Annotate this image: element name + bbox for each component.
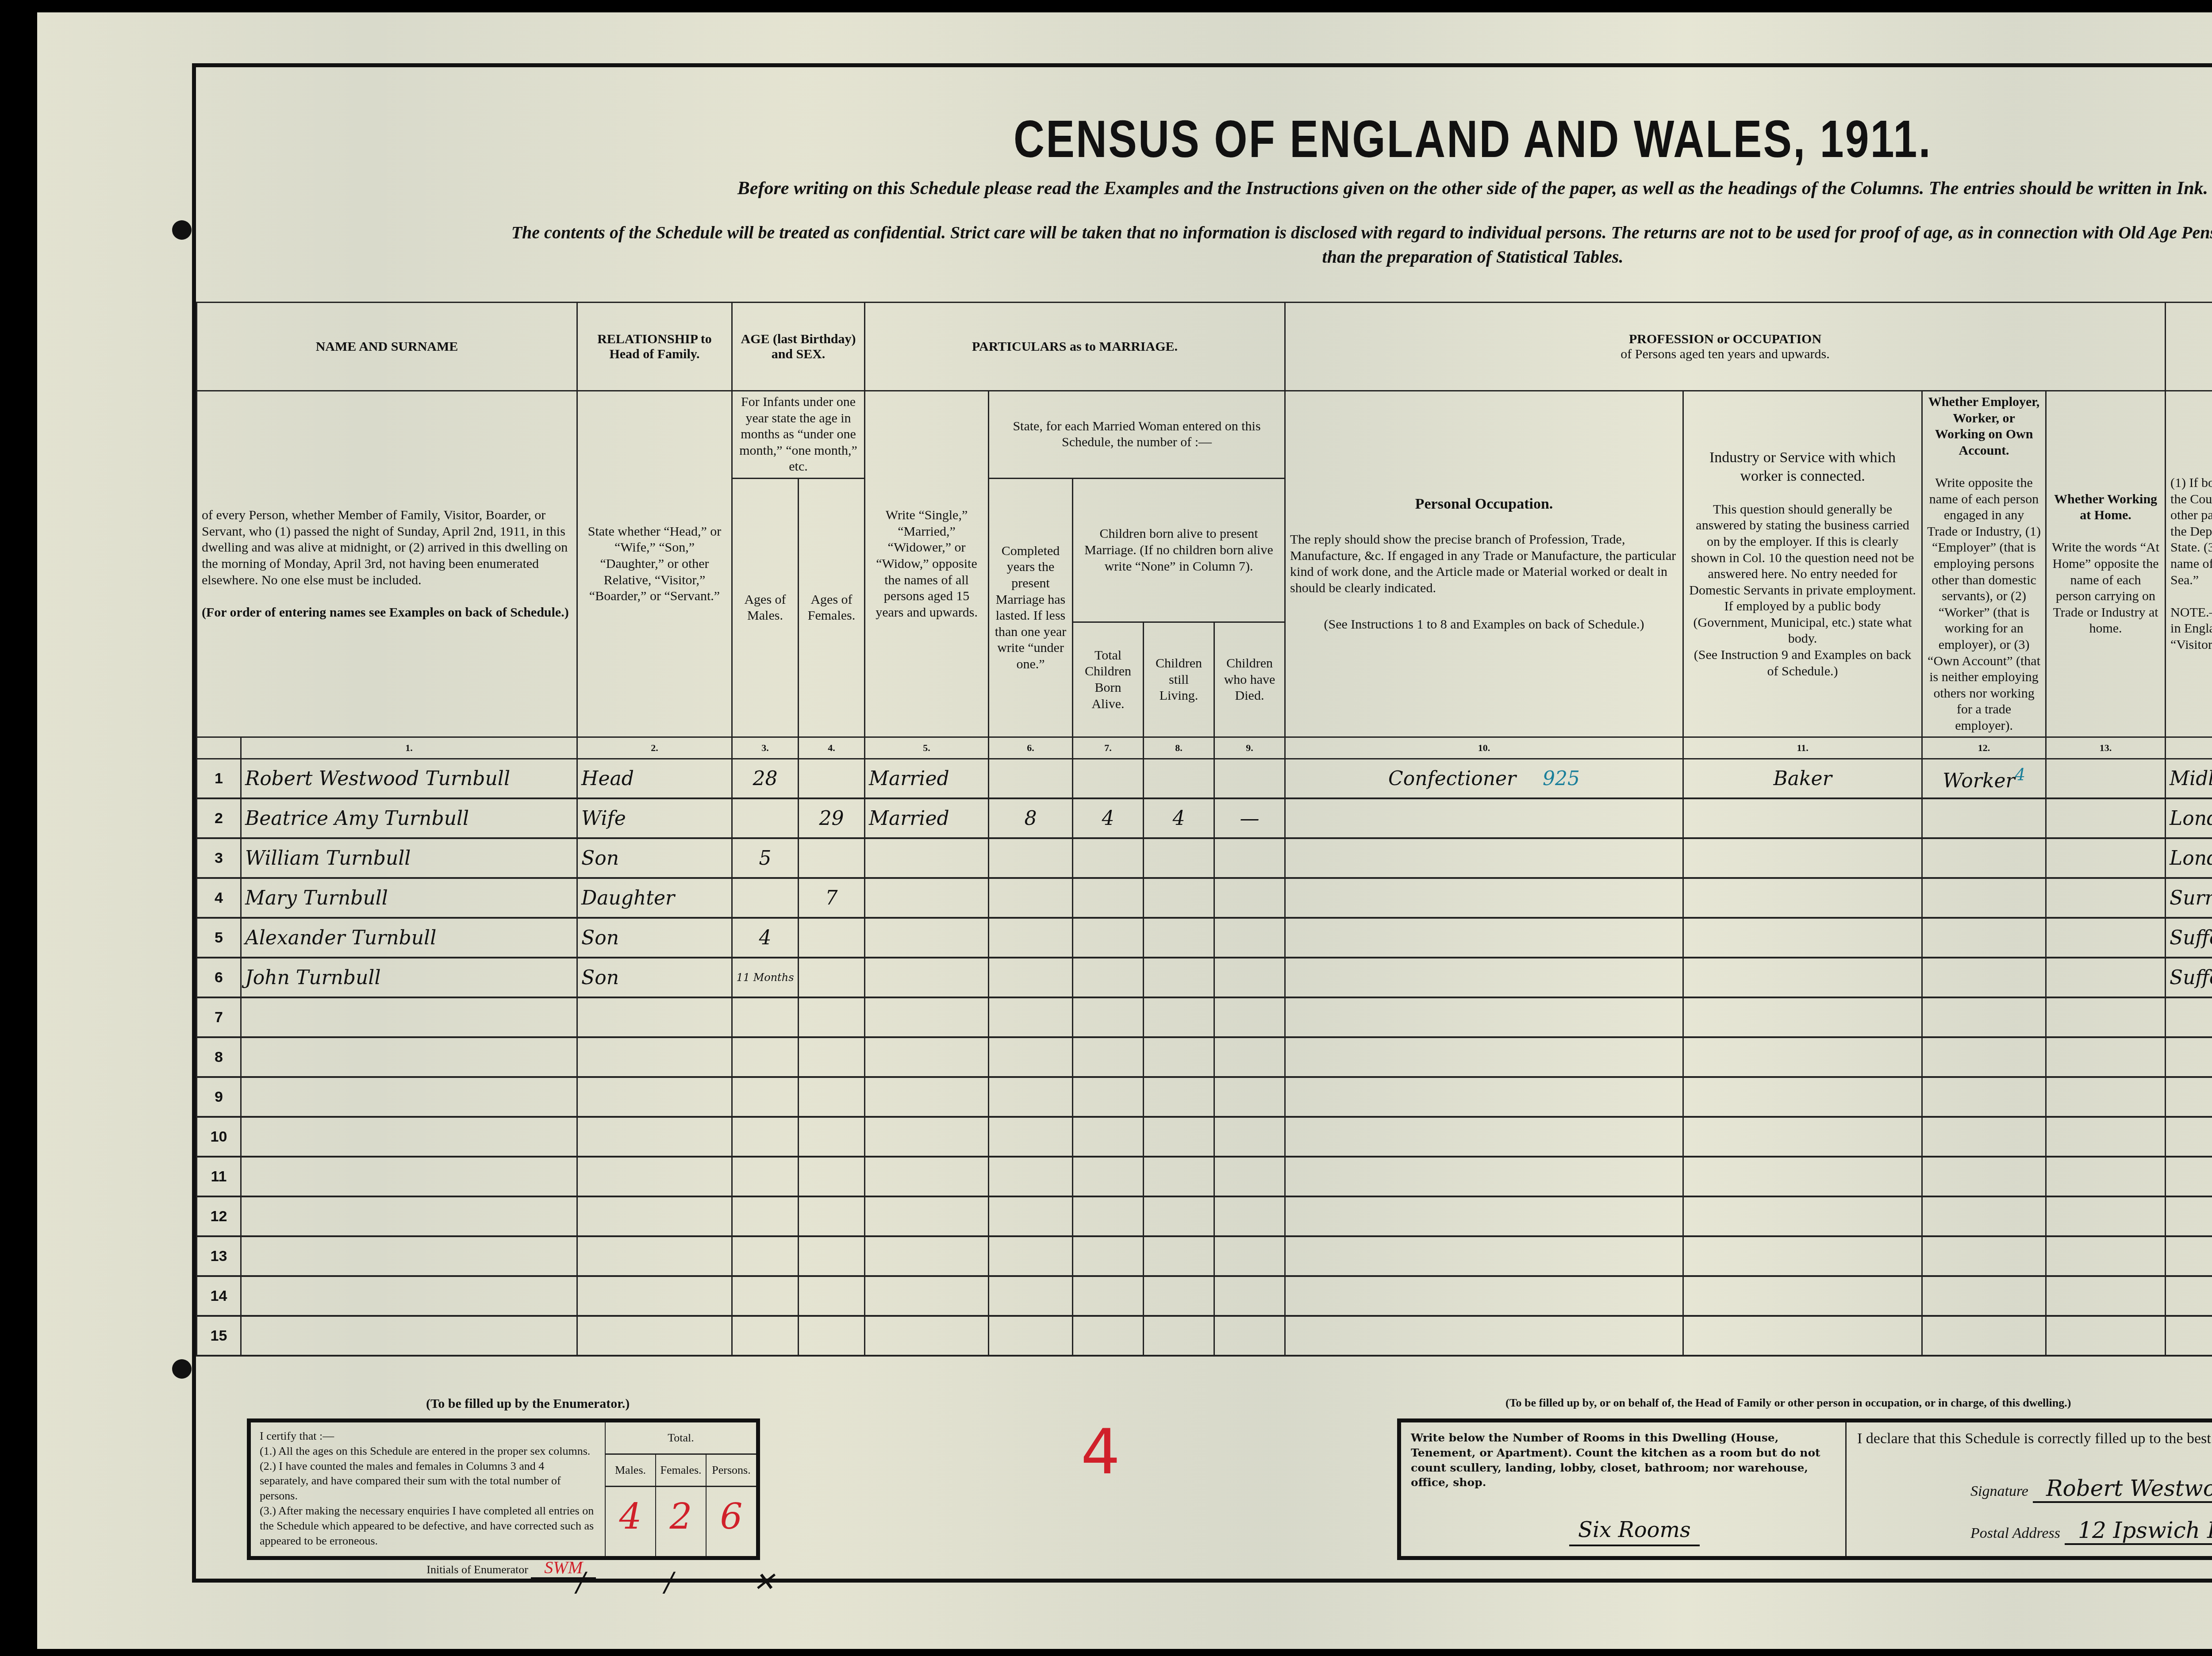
cell-died[interactable]	[1214, 918, 1285, 958]
cell-emp[interactable]	[1922, 878, 2046, 918]
cell-home[interactable]	[2046, 1117, 2166, 1157]
cell-home[interactable]	[2046, 1276, 2166, 1316]
cell-living[interactable]	[1144, 997, 1214, 1037]
cell-name[interactable]: Alexander Turnbull	[241, 918, 577, 958]
cell-cond[interactable]: Married	[865, 759, 989, 799]
age-heading: AGE (last Birthday) and SEX.	[732, 303, 865, 391]
col-num-8: 8.	[1144, 737, 1214, 759]
cell-industry[interactable]	[1683, 1196, 1922, 1236]
cell-occ[interactable]	[1285, 1276, 1683, 1316]
cell-age_m[interactable]	[732, 997, 799, 1037]
cell-living[interactable]	[1144, 1196, 1214, 1236]
enumerator-section-label: (To be filled up by the Enumerator.)	[426, 1396, 630, 1411]
cell-rel[interactable]	[577, 1037, 732, 1077]
cell-born[interactable]	[1073, 759, 1144, 799]
occupation-code: 925	[1543, 767, 1580, 790]
cell-living[interactable]	[1144, 759, 1214, 799]
cell-name[interactable]	[241, 1117, 577, 1157]
cell-rel[interactable]	[577, 1157, 732, 1196]
cell-born[interactable]	[1073, 918, 1144, 958]
cell-died[interactable]	[1214, 1196, 1285, 1236]
cell-living[interactable]	[1144, 918, 1214, 958]
cell-birth[interactable]	[2166, 1077, 2212, 1117]
table-row: 6John TurnbullSon11 MonthsSuffolk Lowest…	[197, 958, 2212, 997]
cell-emp[interactable]	[1922, 1276, 2046, 1316]
cell-emp[interactable]	[1922, 958, 2046, 997]
signature-field[interactable]: Robert Westwood Turnbull	[2033, 1476, 2212, 1503]
table-row: 13	[197, 1236, 2212, 1276]
cell-cond[interactable]	[865, 997, 989, 1037]
col-num-1: 1.	[241, 737, 577, 759]
cell-age_m[interactable]: 5	[732, 838, 799, 878]
birthplace-heading: BIRTHPLACE of every person.	[2166, 303, 2212, 391]
cell-name[interactable]	[241, 1077, 577, 1117]
cell-age_f[interactable]	[799, 838, 865, 878]
form-frame: CENSUS OF ENGLAND AND WALES, 1911. Befor…	[192, 63, 2212, 1583]
cell-home[interactable]	[2046, 798, 2166, 838]
cell-emp[interactable]	[1922, 1316, 2046, 1356]
cell-occ[interactable]	[1285, 1316, 1683, 1356]
col-num-11: 11.	[1683, 737, 1922, 759]
cell-age_m[interactable]	[732, 798, 799, 838]
cell-birth[interactable]: London Holloway	[2166, 798, 2212, 838]
cell-years[interactable]	[989, 1077, 1073, 1117]
col-num-9: 9.	[1214, 737, 1285, 759]
cell-home[interactable]	[2046, 878, 2166, 918]
col-num-13: 13.	[2046, 737, 2166, 759]
cell-birth[interactable]	[2166, 1037, 2212, 1077]
cell-rel[interactable]	[577, 997, 732, 1037]
cell-home[interactable]	[2046, 1236, 2166, 1276]
cell-living[interactable]	[1144, 1157, 1214, 1196]
cell-rel[interactable]	[577, 1117, 732, 1157]
table-row: 3William TurnbullSon5London Fulham000	[197, 838, 2212, 878]
cell-years[interactable]	[989, 1316, 1073, 1356]
occupation-heading: PROFESSION or OCCUPATIONof Persons aged …	[1285, 303, 2166, 391]
cell-occ[interactable]	[1285, 1157, 1683, 1196]
cell-age_f[interactable]	[799, 1236, 865, 1276]
cell-died[interactable]: —	[1214, 798, 1285, 838]
cell-emp[interactable]	[1922, 1037, 2046, 1077]
cell-died[interactable]	[1214, 1117, 1285, 1157]
cell-age_m[interactable]	[732, 1316, 799, 1356]
cell-years[interactable]	[989, 1157, 1073, 1196]
cell-emp[interactable]	[1922, 1157, 2046, 1196]
rooms-instructions: Write below the Number of Rooms in this …	[1411, 1430, 1836, 1490]
cell-age_f[interactable]	[799, 1037, 865, 1077]
cell-home[interactable]	[2046, 1077, 2166, 1117]
cell-home[interactable]	[2046, 1196, 2166, 1236]
totals-heading: Total.	[606, 1422, 756, 1455]
cell-living[interactable]	[1144, 878, 1214, 918]
cell-rel[interactable]	[577, 1236, 732, 1276]
cell-years[interactable]	[989, 1196, 1073, 1236]
cell-living[interactable]	[1144, 1117, 1214, 1157]
col-num-14: 14.	[2166, 737, 2212, 759]
cell-name[interactable]	[241, 1037, 577, 1077]
cell-died[interactable]	[1214, 1236, 1285, 1276]
cell-industry[interactable]	[1683, 1316, 1922, 1356]
row-number: 3	[197, 838, 241, 878]
cell-born[interactable]	[1073, 1077, 1144, 1117]
cell-born[interactable]	[1073, 1276, 1144, 1316]
table-row: 12	[197, 1196, 2212, 1236]
census-schedule-page: CENSUS OF ENGLAND AND WALES, 1911. Befor…	[37, 12, 2212, 1649]
cell-name[interactable]	[241, 1196, 577, 1236]
cell-died[interactable]	[1214, 878, 1285, 918]
cell-emp[interactable]	[1922, 838, 2046, 878]
cell-cond[interactable]	[865, 878, 989, 918]
cell-living[interactable]	[1144, 1276, 1214, 1316]
col-num-3: 3.	[732, 737, 799, 759]
cell-birth[interactable]	[2166, 1316, 2212, 1356]
cell-industry[interactable]	[1683, 1117, 1922, 1157]
total-persons[interactable]: 6	[720, 1487, 743, 1537]
row-number: 8	[197, 1037, 241, 1077]
cell-living[interactable]	[1144, 838, 1214, 878]
enumerator-certification-box: I certify that :— (1.) All the ages on t…	[247, 1418, 760, 1560]
cell-home[interactable]	[2046, 1037, 2166, 1077]
cell-born[interactable]	[1073, 997, 1144, 1037]
cell-name[interactable]: William Turnbull	[241, 838, 577, 878]
cell-occ[interactable]	[1285, 1236, 1683, 1276]
cell-years[interactable]	[989, 1236, 1073, 1276]
cell-birth[interactable]	[2166, 997, 2212, 1037]
cell-occ[interactable]	[1285, 878, 1683, 918]
cell-cond[interactable]	[865, 1037, 989, 1077]
cell-occ[interactable]	[1285, 838, 1683, 878]
head-section-label: (To be filled up by, or on behalf of, th…	[1505, 1396, 2071, 1410]
cell-age_m[interactable]: 11 Months	[732, 958, 799, 997]
children-total-header: Total Children Born Alive.	[1073, 622, 1144, 737]
cell-cond[interactable]	[865, 958, 989, 997]
punch-hole	[172, 1359, 192, 1379]
females-age-header: Ages of Females.	[799, 478, 865, 737]
row-number: 14	[197, 1276, 241, 1316]
cell-home[interactable]	[2046, 918, 2166, 958]
cell-occ[interactable]	[1285, 1077, 1683, 1117]
cell-industry[interactable]	[1683, 1037, 1922, 1077]
rooms-field[interactable]: Six Rooms	[1569, 1516, 1700, 1546]
head-declaration-box: Write below the Number of Rooms in this …	[1397, 1418, 2212, 1560]
cell-occ[interactable]: Confectioner925	[1285, 759, 1683, 799]
cell-age_f[interactable]	[799, 958, 865, 997]
certification-text: I certify that :— (1.) All the ages on t…	[251, 1422, 606, 1556]
table-row: 15	[197, 1316, 2212, 1356]
cell-rel[interactable]: Son	[577, 918, 732, 958]
cell-born[interactable]	[1073, 1037, 1144, 1077]
cell-age_m[interactable]: 28	[732, 759, 799, 799]
cell-birth[interactable]: Midlothian Edinburgh	[2166, 759, 2212, 799]
cell-living[interactable]	[1144, 958, 1214, 997]
cell-died[interactable]	[1214, 1077, 1285, 1117]
initials-label: Initials of Enumerator	[426, 1563, 528, 1576]
cell-occ[interactable]	[1285, 997, 1683, 1037]
cell-age_f[interactable]	[799, 997, 865, 1037]
declaration-panel: I declare that this Schedule is correctl…	[1847, 1422, 2212, 1556]
condition-instructions: Write “Single,” “Married,” “Widower,” or…	[865, 391, 989, 737]
instruction-line: Before writing on this Schedule please r…	[196, 178, 2212, 199]
household-table: NAME AND SURNAME RELATIONSHIP to Head of…	[196, 302, 2212, 1357]
cell-years[interactable]	[989, 838, 1073, 878]
cell-rel[interactable]: Son	[577, 838, 732, 878]
cell-age_f[interactable]	[799, 1316, 865, 1356]
cell-cond[interactable]	[865, 1276, 989, 1316]
cell-name[interactable]: John Turnbull	[241, 958, 577, 997]
cell-birth[interactable]	[2166, 1236, 2212, 1276]
cell-home[interactable]	[2046, 1157, 2166, 1196]
cell-industry[interactable]	[1683, 918, 1922, 958]
cell-name[interactable]: Beatrice Amy Turnbull	[241, 798, 577, 838]
cell-born[interactable]	[1073, 1196, 1144, 1236]
cell-age_m[interactable]	[732, 878, 799, 918]
cell-birth[interactable]: Suffolk Lowestoft	[2166, 918, 2212, 958]
name-instructions: of every Person, whether Member of Famil…	[197, 391, 577, 737]
cell-age_m[interactable]	[732, 1157, 799, 1196]
cell-born[interactable]: 4	[1073, 798, 1144, 838]
cell-years[interactable]	[989, 1276, 1073, 1316]
total-males[interactable]: 4	[619, 1487, 642, 1537]
cell-age_f[interactable]: 7	[799, 878, 865, 918]
address-row: Postal Address12 Ipswich Rd. Lowestoft	[1970, 1518, 2212, 1545]
cell-emp[interactable]	[1922, 997, 2046, 1037]
males-age-header: Ages of Males.	[732, 478, 799, 737]
postal-address-field[interactable]: 12 Ipswich Rd. Lowestoft	[2065, 1518, 2212, 1545]
col-num-5: 5.	[865, 737, 989, 759]
cell-industry[interactable]	[1683, 1236, 1922, 1276]
cell-cond[interactable]	[865, 1236, 989, 1276]
cell-emp[interactable]	[1922, 1236, 2046, 1276]
cell-years[interactable]	[989, 918, 1073, 958]
cell-birth[interactable]: London Fulham	[2166, 838, 2212, 878]
cell-born[interactable]	[1073, 838, 1144, 878]
cell-born[interactable]	[1073, 878, 1144, 918]
row-number: 5	[197, 918, 241, 958]
cell-birth[interactable]	[2166, 1117, 2212, 1157]
cell-emp[interactable]	[1922, 918, 2046, 958]
col-num-7: 7.	[1073, 737, 1144, 759]
row-number: 15	[197, 1316, 241, 1356]
cell-cond[interactable]	[865, 1117, 989, 1157]
cell-died[interactable]	[1214, 997, 1285, 1037]
cell-age_f[interactable]	[799, 1077, 865, 1117]
cell-years[interactable]	[989, 958, 1073, 997]
cell-living[interactable]	[1144, 1077, 1214, 1117]
children-living-header: Children still Living.	[1144, 622, 1214, 737]
cell-industry[interactable]	[1683, 997, 1922, 1037]
cell-age_f[interactable]: 29	[799, 798, 865, 838]
cell-industry[interactable]	[1683, 1276, 1922, 1316]
cell-occ[interactable]	[1285, 1196, 1683, 1236]
cell-died[interactable]	[1214, 759, 1285, 799]
cell-age_m[interactable]	[732, 1236, 799, 1276]
cell-age_f[interactable]	[799, 918, 865, 958]
cell-name[interactable]: Robert Westwood Turnbull	[241, 759, 577, 799]
cell-emp[interactable]	[1922, 1196, 2046, 1236]
confidential-line: The contents of the Schedule will be tre…	[196, 222, 2212, 243]
cell-age_m[interactable]	[732, 1117, 799, 1157]
table-row: 10	[197, 1117, 2212, 1157]
cell-rel[interactable]: Wife	[577, 798, 732, 838]
cell-age_m[interactable]: 4	[732, 918, 799, 958]
relationship-instructions: State whether “Head,” or “Wife,” “Son,” …	[577, 391, 732, 737]
cell-cond[interactable]	[865, 1077, 989, 1117]
punch-hole	[172, 220, 192, 240]
cell-years[interactable]	[989, 878, 1073, 918]
cell-living[interactable]: 4	[1144, 798, 1214, 838]
cell-industry[interactable]	[1683, 878, 1922, 918]
row-number: 6	[197, 958, 241, 997]
cell-age_f[interactable]	[799, 1196, 865, 1236]
cell-emp[interactable]	[1922, 798, 2046, 838]
married-woman-instructions: State, for each Married Woman entered on…	[989, 391, 1285, 479]
row-number: 1	[197, 759, 241, 799]
home-column-header: Whether Working at Home.Write the words …	[2046, 391, 2166, 737]
children-died-header: Children who have Died.	[1214, 622, 1285, 737]
cell-rel[interactable]	[577, 1276, 732, 1316]
cell-age_m[interactable]	[732, 1196, 799, 1236]
cell-age_f[interactable]	[799, 1157, 865, 1196]
cell-name[interactable]	[241, 1316, 577, 1356]
signature-row: SignatureRobert Westwood Turnbull	[1970, 1476, 2212, 1503]
table-row: 4Mary TurnbullDaughter7Surrey Croydon191	[197, 878, 2212, 918]
rooms-panel: Write below the Number of Rooms in this …	[1401, 1422, 1847, 1556]
name-heading: NAME AND SURNAME	[197, 303, 577, 391]
table-row: 9	[197, 1077, 2212, 1117]
age-instructions: For Infants under one year state the age…	[732, 391, 865, 479]
cell-living[interactable]	[1144, 1236, 1214, 1276]
form-title: CENSUS OF ENGLAND AND WALES, 1911.	[426, 109, 2212, 169]
table-row: 8	[197, 1037, 2212, 1077]
cell-emp[interactable]	[1922, 1117, 2046, 1157]
cell-industry[interactable]	[1683, 958, 1922, 997]
cell-emp[interactable]	[1922, 1077, 2046, 1117]
cell-birth[interactable]: Suffolk Lowestoft	[2166, 958, 2212, 997]
cell-birth[interactable]	[2166, 1276, 2212, 1316]
cell-died[interactable]	[1214, 1316, 1285, 1356]
cell-age_m[interactable]	[732, 1037, 799, 1077]
cell-industry[interactable]	[1683, 798, 1922, 838]
table-row: 14	[197, 1276, 2212, 1316]
cell-emp[interactable]: Worker4	[1922, 759, 2046, 799]
cell-died[interactable]	[1214, 1157, 1285, 1196]
cell-cond[interactable]	[865, 918, 989, 958]
row-number: 4	[197, 878, 241, 918]
cell-cond[interactable]	[865, 1316, 989, 1356]
cell-name[interactable]	[241, 1276, 577, 1316]
cell-home[interactable]	[2046, 759, 2166, 799]
table-row: 1Robert Westwood TurnbullHead28MarriedCo…	[197, 759, 2212, 799]
cell-home[interactable]	[2046, 1316, 2166, 1356]
tally-marks: / / ✕	[576, 1567, 810, 1598]
cell-died[interactable]	[1214, 838, 1285, 878]
cell-industry[interactable]: Baker	[1683, 759, 1922, 799]
cell-living[interactable]	[1144, 1037, 1214, 1077]
col-num-2: 2.	[577, 737, 732, 759]
cell-industry[interactable]	[1683, 1157, 1922, 1196]
cell-cond[interactable]	[865, 838, 989, 878]
cell-occ[interactable]	[1285, 798, 1683, 838]
totals-panel: Total. Males.4 Females.2 Persons.6	[606, 1422, 756, 1556]
cell-years[interactable]	[989, 997, 1073, 1037]
cell-living[interactable]	[1144, 1316, 1214, 1356]
cell-rel[interactable]: Son	[577, 958, 732, 997]
col-num-4: 4.	[799, 737, 865, 759]
cell-birth[interactable]	[2166, 1157, 2212, 1196]
cell-name[interactable]	[241, 997, 577, 1037]
cell-born[interactable]	[1073, 1117, 1144, 1157]
cell-home[interactable]	[2046, 838, 2166, 878]
cell-died[interactable]	[1214, 1037, 1285, 1077]
cell-name[interactable]: Mary Turnbull	[241, 878, 577, 918]
cell-years[interactable]	[989, 759, 1073, 799]
cell-rel[interactable]: Daughter	[577, 878, 732, 918]
cell-years[interactable]	[989, 1117, 1073, 1157]
cell-years[interactable]	[989, 1037, 1073, 1077]
cell-born[interactable]	[1073, 1236, 1144, 1276]
cell-occ[interactable]	[1285, 958, 1683, 997]
col-num-6: 6.	[989, 737, 1073, 759]
cell-occ[interactable]	[1285, 1117, 1683, 1157]
cell-rel[interactable]	[577, 1316, 732, 1356]
cell-died[interactable]	[1214, 1276, 1285, 1316]
cell-born[interactable]	[1073, 958, 1144, 997]
table-row: 5Alexander TurnbullSon4Suffolk Lowestoft	[197, 918, 2212, 958]
cell-cond[interactable]	[865, 1196, 989, 1236]
cell-cond[interactable]	[865, 1157, 989, 1196]
total-females[interactable]: 2	[670, 1487, 692, 1537]
row-number: 9	[197, 1077, 241, 1117]
enumerator-side-mark: 4	[1081, 1416, 1120, 1488]
cell-born[interactable]	[1073, 1157, 1144, 1196]
employer-code: 4	[2015, 765, 2025, 784]
cell-industry[interactable]	[1683, 1077, 1922, 1117]
row-number: 13	[197, 1236, 241, 1276]
cell-industry[interactable]	[1683, 838, 1922, 878]
cell-occ[interactable]	[1285, 1037, 1683, 1077]
cell-name[interactable]	[241, 1157, 577, 1196]
cell-birth[interactable]: Surrey Croydon	[2166, 878, 2212, 918]
cell-cond[interactable]: Married	[865, 798, 989, 838]
cell-rel[interactable]	[577, 1077, 732, 1117]
industry-column-header: Industry or Service with which worker is…	[1683, 391, 1922, 737]
table-row: 11	[197, 1157, 2212, 1196]
cell-age_f[interactable]	[799, 1117, 865, 1157]
cell-age_m[interactable]	[732, 1077, 799, 1117]
employer-column-header: Whether Employer, Worker, or Working on …	[1922, 391, 2046, 737]
cell-years[interactable]: 8	[989, 798, 1073, 838]
cell-birth[interactable]	[2166, 1196, 2212, 1236]
cell-rel[interactable]: Head	[577, 759, 732, 799]
cell-age_f[interactable]	[799, 759, 865, 799]
marriage-heading: PARTICULARS as to MARRIAGE.	[865, 303, 1285, 391]
cell-born[interactable]	[1073, 1316, 1144, 1356]
cell-home[interactable]	[2046, 997, 2166, 1037]
children-group-header: Children born alive to present Marriage.…	[1073, 478, 1285, 622]
cell-occ[interactable]	[1285, 918, 1683, 958]
row-number: 7	[197, 997, 241, 1037]
cell-age_m[interactable]	[732, 1276, 799, 1316]
personal-occupation-heading: Personal Occupation.The reply should sho…	[1285, 391, 1683, 737]
cell-died[interactable]	[1214, 958, 1285, 997]
confidential-line-2: than the preparation of Statistical Tabl…	[196, 246, 2212, 267]
cell-rel[interactable]	[577, 1196, 732, 1236]
marriage-years-header: Completed years the present Marriage has…	[989, 478, 1073, 737]
cell-home[interactable]	[2046, 958, 2166, 997]
cell-age_f[interactable]	[799, 1276, 865, 1316]
birthplace-instructions: (1) If born in the United Kingdom, write…	[2166, 391, 2212, 737]
cell-name[interactable]	[241, 1236, 577, 1276]
